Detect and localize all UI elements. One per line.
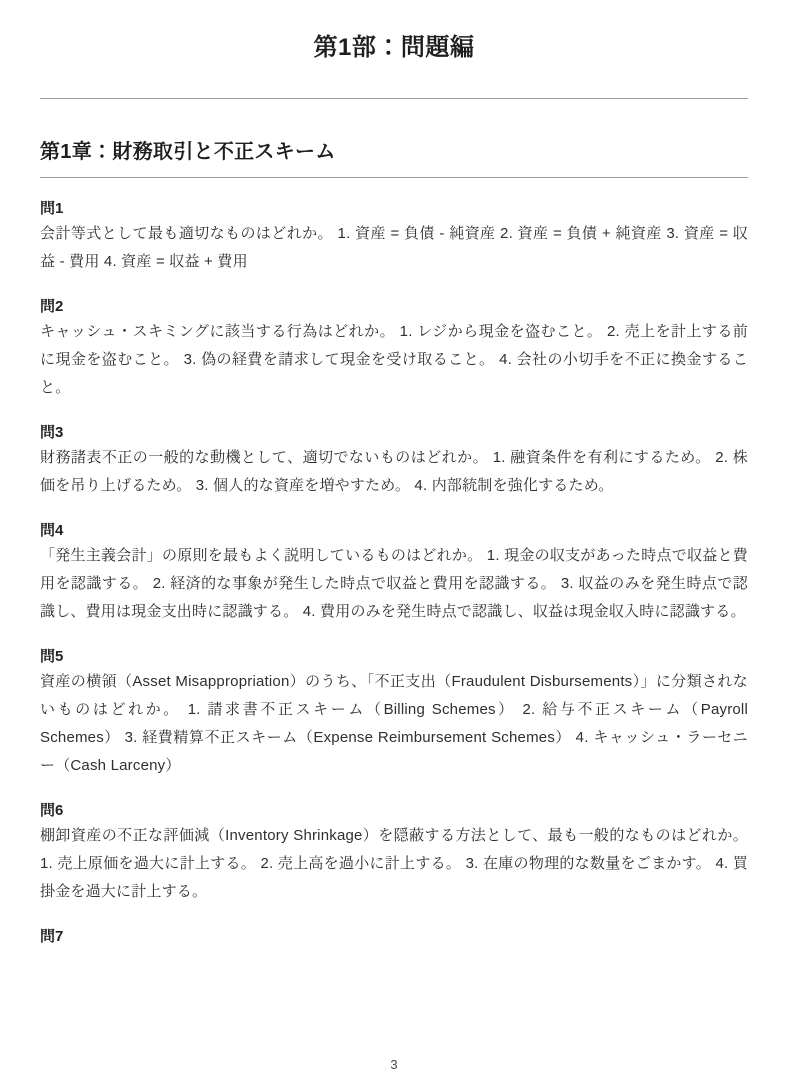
question-label: 問1 [40,198,748,219]
question-text: キャッシュ・スキミングに該当する行為はどれか。 1. レジから現金を盗むこと。 … [40,318,748,402]
question-label: 問6 [40,800,748,821]
document-content: 第1部：問題編 第1章：財務取引と不正スキーム 問1 会計等式として最も適切なも… [0,0,788,947]
question-text: 資産の横領（Asset Misappropriation）のうち、「不正支出（F… [40,668,748,780]
question-block-4: 問4 「発生主義会計」の原則を最もよく説明しているものはどれか。 1. 現金の収… [40,520,748,626]
question-block-5: 問5 資産の横領（Asset Misappropriation）のうち、「不正支… [40,646,748,780]
page-number: 3 [0,1057,788,1072]
question-text: 会計等式として最も適切なものはどれか。 1. 資産 = 負債 - 純資産 2. … [40,220,748,276]
question-block-6: 問6 棚卸資産の不正な評価減（Inventory Shrinkage）を隠蔽する… [40,800,748,906]
section-divider [40,98,748,99]
question-label: 問4 [40,520,748,541]
question-label: 問3 [40,422,748,443]
chapter-divider [40,177,748,178]
question-text: 財務諸表不正の一般的な動機として、適切でないものはどれか。 1. 融資条件を有利… [40,444,748,500]
document-page: 第1部：問題編 第1章：財務取引と不正スキーム 問1 会計等式として最も適切なも… [0,0,788,1080]
question-block-7: 問7 [40,926,748,947]
part-title: 第1部：問題編 [40,0,748,64]
question-label: 問2 [40,296,748,317]
question-block-1: 問1 会計等式として最も適切なものはどれか。 1. 資産 = 負債 - 純資産 … [40,198,748,276]
question-text: 「発生主義会計」の原則を最もよく説明しているものはどれか。 1. 現金の収支があ… [40,542,748,626]
question-block-2: 問2 キャッシュ・スキミングに該当する行為はどれか。 1. レジから現金を盗むこ… [40,296,748,402]
question-block-3: 問3 財務諸表不正の一般的な動機として、適切でないものはどれか。 1. 融資条件… [40,422,748,500]
question-label: 問7 [40,926,748,947]
question-label: 問5 [40,646,748,667]
chapter-title: 第1章：財務取引と不正スキーム [40,139,748,165]
question-text: 棚卸資産の不正な評価減（Inventory Shrinkage）を隠蔽する方法と… [40,822,748,906]
